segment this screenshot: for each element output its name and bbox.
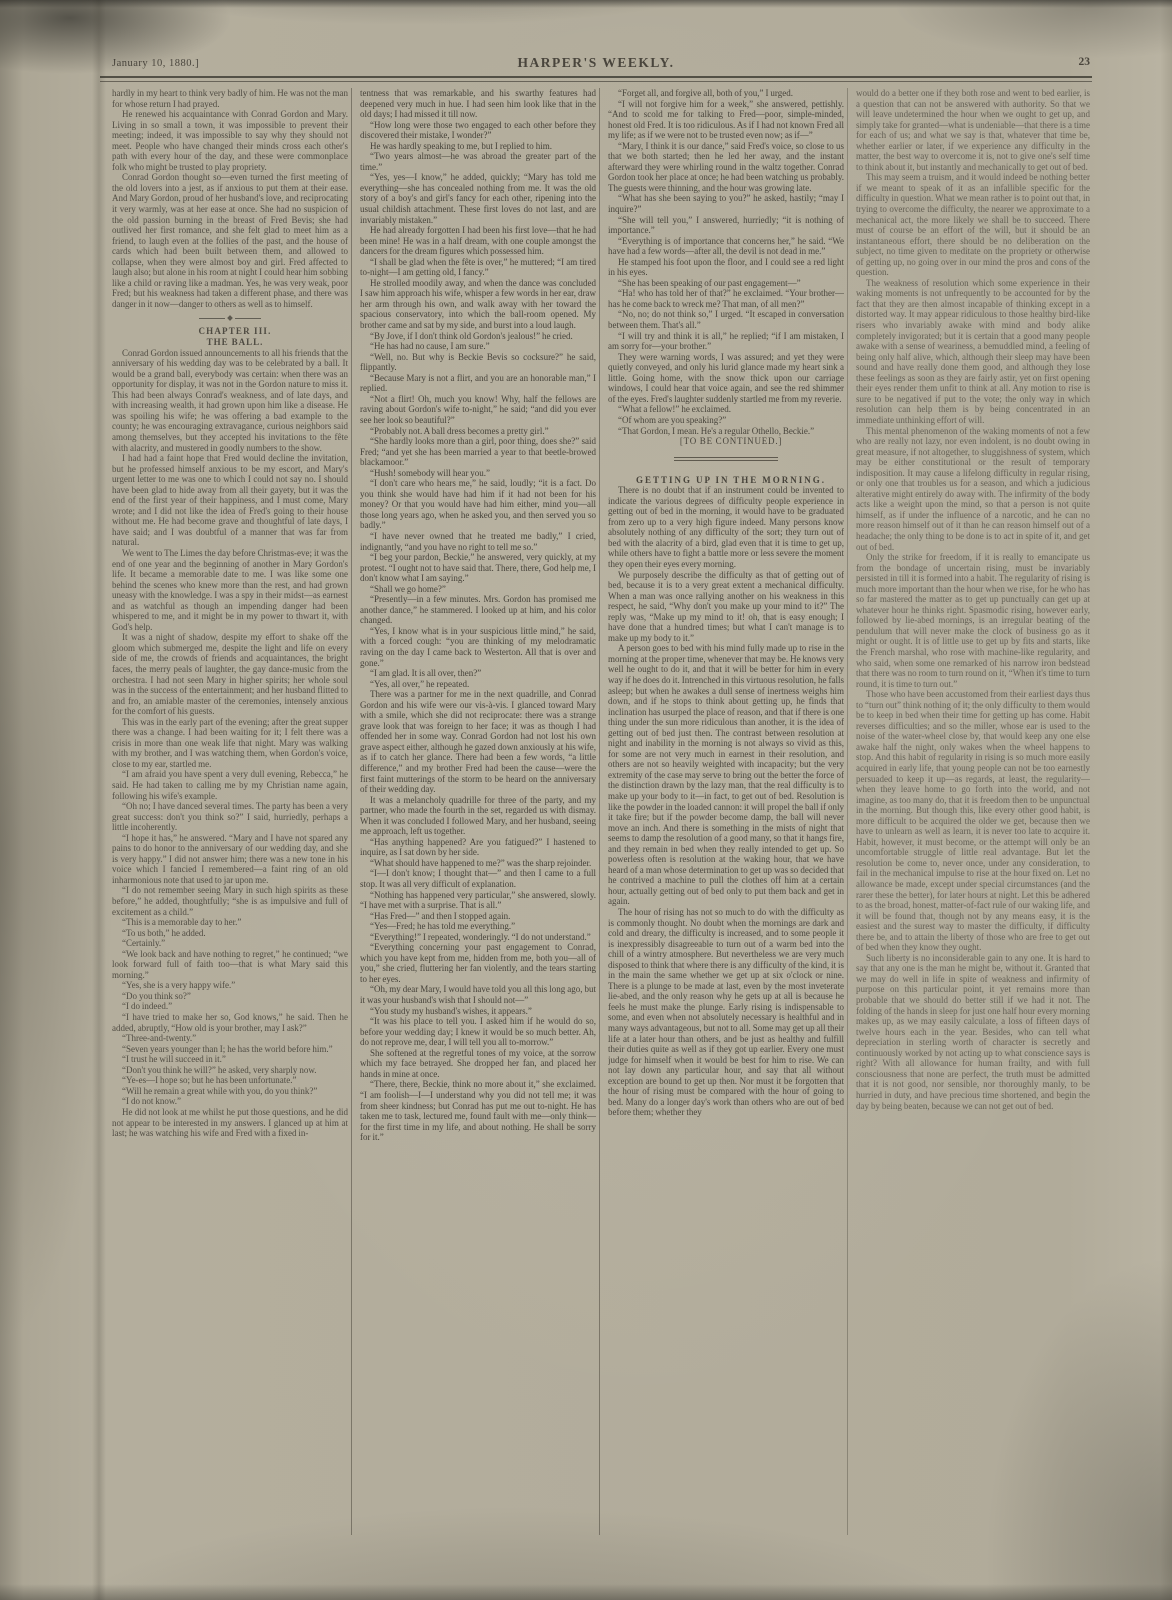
paragraph: Such liberty is no inconsiderable gain t… bbox=[856, 953, 1090, 1111]
column-rule-1 bbox=[351, 88, 352, 1535]
page-number: 23 bbox=[1079, 56, 1091, 68]
paragraph: “Two years almost—he was abroad the grea… bbox=[360, 151, 596, 172]
paragraph: “Presently—in a few minutes. Mrs. Gordon… bbox=[360, 594, 596, 626]
paragraph: The weakness of resolution which some ex… bbox=[856, 278, 1090, 426]
paragraph: “Oh, my dear Mary, I would have told you… bbox=[360, 984, 596, 1005]
publication-title: HARPER'S WEEKLY. bbox=[100, 55, 1092, 71]
article-heading: GETTING UP IN THE MORNING. bbox=[608, 475, 844, 486]
paragraph: “Everything is of importance that concer… bbox=[608, 236, 844, 257]
paragraph: “He has had no cause, I am sure.” bbox=[360, 341, 596, 352]
paragraph: “Has Fred—” and then I stopped again. bbox=[360, 911, 596, 922]
paragraph: tentness that was remarkable, and his sw… bbox=[360, 88, 596, 120]
column-4: would do a better one if they both rose … bbox=[856, 88, 1090, 1540]
paragraph: “Of whom are you speaking?” bbox=[608, 415, 844, 426]
paragraph: “That Gordon, I mean. He's a regular Oth… bbox=[608, 426, 844, 437]
story-continuation: hardly in my heart to think very badly o… bbox=[112, 88, 348, 309]
paragraph: “I do not know.” bbox=[112, 1096, 348, 1107]
paragraph: “We look back and have nothing to regret… bbox=[112, 949, 348, 981]
paragraph: “I have tried to make her so, God knows,… bbox=[112, 1012, 348, 1033]
paragraph: “She will tell you,” I answered, hurried… bbox=[608, 215, 844, 236]
paragraph: “It was his place to tell you. I asked h… bbox=[360, 1016, 596, 1048]
column-rule-2 bbox=[599, 88, 600, 1535]
paragraph: Those who have been accustomed from thei… bbox=[856, 689, 1090, 953]
masthead-rule bbox=[100, 76, 1092, 82]
separator-line-left bbox=[199, 318, 225, 319]
column-3: “Forget all, and forgive all, both of yo… bbox=[608, 88, 844, 1540]
paragraph: Conrad Gordon thought so—even turned the… bbox=[112, 172, 348, 309]
paragraph: “To us both,” he added. bbox=[112, 928, 348, 939]
paragraph: “Certainly.” bbox=[112, 938, 348, 949]
story-text: tentness that was remarkable, and his sw… bbox=[360, 88, 596, 1143]
chapter-text: Conrad Gordon issued announcements to al… bbox=[112, 348, 348, 1139]
separator-line-right bbox=[235, 318, 261, 319]
column-rule-3 bbox=[847, 88, 848, 1535]
paragraph: “What should have happened to me?” was t… bbox=[360, 858, 596, 869]
printed-content: January 10, 1880.] HARPER'S WEEKLY. 23 h… bbox=[0, 0, 1172, 1600]
newspaper-page: { "masthead": { "date": "January 10, 188… bbox=[0, 0, 1172, 1600]
section-separator bbox=[112, 316, 348, 320]
paragraph: This may seem a truism, and it would ind… bbox=[856, 172, 1090, 277]
paragraph: “Seven years younger than I; he has the … bbox=[112, 1044, 348, 1055]
article-divider-rule bbox=[674, 457, 778, 461]
paragraph: “Not a flirt! Oh, much you know! Why, ha… bbox=[360, 394, 596, 426]
paragraph: A person goes to bed with his mind fully… bbox=[608, 643, 844, 907]
paragraph: “I don't care who hears me,” he said, lo… bbox=[360, 478, 596, 531]
paragraph: “Yes, all over,” he repeated. bbox=[360, 679, 596, 690]
masthead: January 10, 1880.] HARPER'S WEEKLY. 23 bbox=[100, 52, 1092, 74]
paragraph: “I beg your pardon, Beckie,” he answered… bbox=[360, 552, 596, 584]
paragraph: “I do not remember seeing Mary in such h… bbox=[112, 885, 348, 917]
paragraph: He did not look at me whilst he put thos… bbox=[112, 1107, 348, 1139]
paragraph: Only the strike for freedom, if it is re… bbox=[856, 552, 1090, 689]
paragraph: “Forget all, and forgive all, both of yo… bbox=[608, 88, 844, 99]
separator-diamond-icon bbox=[227, 316, 233, 322]
paragraph: He had already forgotten I had been his … bbox=[360, 225, 596, 257]
paragraph: “I am glad. It is all over, then?” bbox=[360, 668, 596, 679]
paragraph: “Yes, she is a very happy wife.” bbox=[112, 980, 348, 991]
paragraph: “Do you think so?” bbox=[112, 991, 348, 1002]
paragraph: It was a melancholy quadrille for three … bbox=[360, 795, 596, 837]
paragraph: would do a better one if they both rose … bbox=[856, 88, 1090, 172]
paragraph: “Well, no. But why is Beckie Bevis so co… bbox=[360, 352, 596, 373]
paragraph: “Hush! somebody will hear you.” bbox=[360, 468, 596, 479]
paragraph: “Everything!” I repeated, wonderingly. “… bbox=[360, 932, 596, 943]
paragraph: “I will try and think it is all,” he rep… bbox=[608, 331, 844, 352]
paragraph: The hour of rising has not so much to do… bbox=[608, 907, 844, 1118]
paragraph: She softened at the regretful tones of m… bbox=[360, 1048, 596, 1080]
paragraph: “Will he remain a great while with you, … bbox=[112, 1086, 348, 1097]
paragraph: There is no doubt that if an instrument … bbox=[608, 485, 844, 569]
paragraph: “She hardly looks more than a girl, poor… bbox=[360, 436, 596, 468]
paragraph: “Because Mary is not a flirt, and you ar… bbox=[360, 373, 596, 394]
chapter-subheading: THE BALL. bbox=[112, 337, 348, 348]
paragraph: It was a night of shadow, despite my eff… bbox=[112, 632, 348, 716]
paragraph: “Yes, yes—I know,” he added, quickly; “M… bbox=[360, 172, 596, 225]
paragraph: “Nothing has happened very particular,” … bbox=[360, 890, 596, 911]
paragraph: “Oh no; I have danced several times. The… bbox=[112, 801, 348, 833]
paragraph: “This is a memorable day to her.” bbox=[112, 917, 348, 928]
paragraph: “Has anything happened? Are you fatigued… bbox=[360, 837, 596, 858]
paragraph: We went to The Limes the day before Chri… bbox=[112, 548, 348, 632]
story-text-end: “Forget all, and forgive all, both of yo… bbox=[608, 88, 844, 436]
chapter-heading: CHAPTER III. bbox=[112, 326, 348, 337]
paragraph: “I do indeed.” bbox=[112, 1001, 348, 1012]
paragraph: “By Jove, if I don't think old Gordon's … bbox=[360, 331, 596, 342]
paragraph: “Don't you think he will?” he asked, ver… bbox=[112, 1065, 348, 1076]
paragraph: “Shall we go home?” bbox=[360, 584, 596, 595]
article-text: There is no doubt that if an instrument … bbox=[608, 485, 844, 1118]
paragraph: “I have never owned that he treated me b… bbox=[360, 531, 596, 552]
paragraph: “How long were those two engaged to each… bbox=[360, 120, 596, 141]
paragraph: “Yes—Fred; he has told me everything.” bbox=[360, 921, 596, 932]
paragraph: “I trust he will succeed in it.” bbox=[112, 1054, 348, 1065]
paragraph: “There, there, Beckie, think no more abo… bbox=[360, 1079, 596, 1142]
paragraph: “Yes, I know what is in your suspicious … bbox=[360, 626, 596, 668]
paragraph: “Three-and-twenty.” bbox=[112, 1033, 348, 1044]
article-text-continued: would do a better one if they both rose … bbox=[856, 88, 1090, 1111]
paragraph: This was in the early part of the evenin… bbox=[112, 717, 348, 770]
paragraph: “You study my husband's wishes, it appea… bbox=[360, 1006, 596, 1017]
paragraph: “She has been speaking of our past engag… bbox=[608, 278, 844, 289]
paragraph: He renewed his acquaintance with Conrad … bbox=[112, 109, 348, 172]
paragraph: “I will not forgive him for a week,” she… bbox=[608, 99, 844, 141]
paragraph: “No, no; do not think so,” I urged. “It … bbox=[608, 309, 844, 330]
paragraph: There was a partner for me in the next q… bbox=[360, 689, 596, 794]
column-2: tentness that was remarkable, and his sw… bbox=[360, 88, 596, 1540]
paragraph: Conrad Gordon issued announcements to al… bbox=[112, 348, 348, 453]
paragraph: “Ye-es—I hope so; but he has been unfort… bbox=[112, 1075, 348, 1086]
paragraph: “I am afraid you have spent a very dull … bbox=[112, 769, 348, 801]
paragraph: “I shall be glad when the fête is over,”… bbox=[360, 257, 596, 278]
paragraph: He was hardly speaking to me, but I repl… bbox=[360, 141, 596, 152]
paragraph: I had had a faint hope that Fred would d… bbox=[112, 453, 348, 548]
paragraph: “Ha! who has told her of that?” he excla… bbox=[608, 288, 844, 309]
paragraph: “What a fellow!” he exclaimed. bbox=[608, 404, 844, 415]
column-1: hardly in my heart to think very badly o… bbox=[112, 88, 348, 1540]
paragraph: They were warning words, I was assured; … bbox=[608, 352, 844, 405]
paragraph: hardly in my heart to think very badly o… bbox=[112, 88, 348, 109]
to-be-continued-notice: [TO BE CONTINUED.] bbox=[608, 436, 844, 447]
paragraph: “Probably not. A ball dress becomes a pr… bbox=[360, 426, 596, 437]
paragraph: This mental phenomenon of the waking mom… bbox=[856, 426, 1090, 553]
paragraph: “Mary, I think it is our dance,” said Fr… bbox=[608, 141, 844, 194]
paragraph: “Everything concerning your past engagem… bbox=[360, 942, 596, 984]
paragraph: “I—I don't know; I thought that—” and th… bbox=[360, 868, 596, 889]
paragraph: He stamped his foot upon the floor, and … bbox=[608, 257, 844, 278]
paragraph: “I hope it has,” he answered. “Mary and … bbox=[112, 833, 348, 886]
paragraph: He strolled moodily away, and when the d… bbox=[360, 278, 596, 331]
paragraph: “What has she been saying to you?” he as… bbox=[608, 193, 844, 214]
paragraph: We purposely describe the difficulty as … bbox=[608, 570, 844, 644]
